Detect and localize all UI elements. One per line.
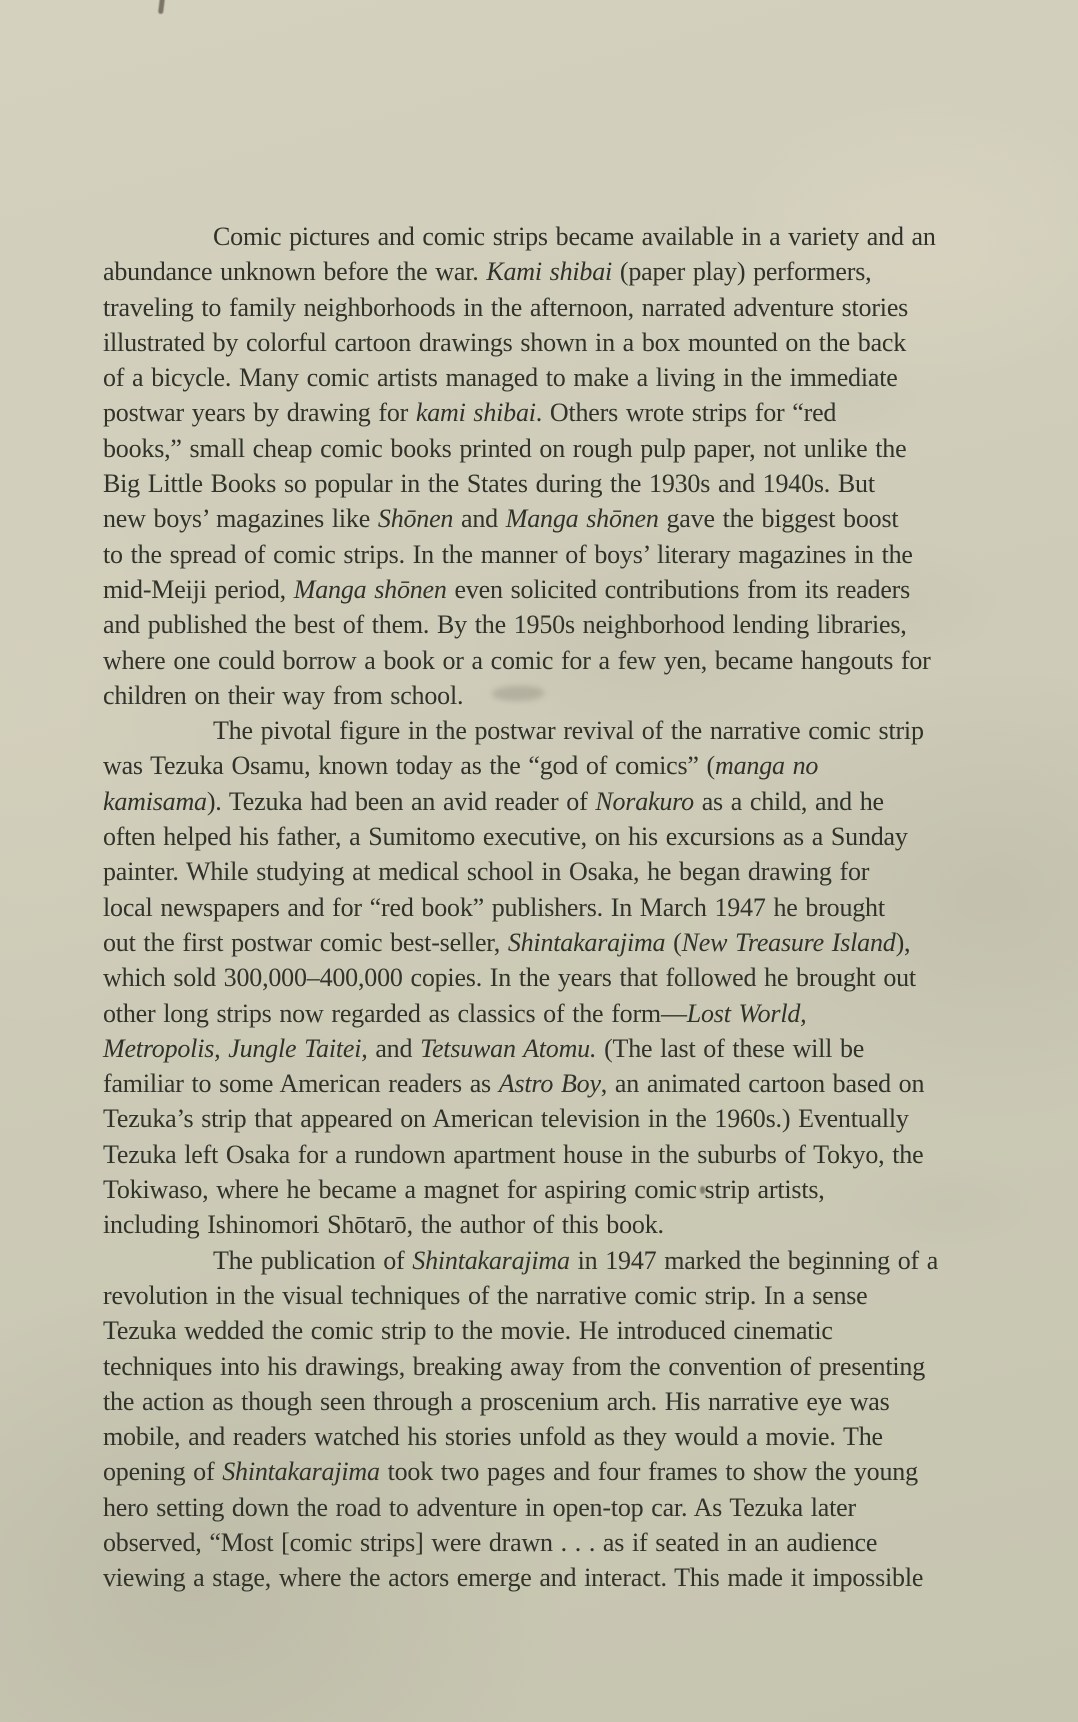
text-segment: took two pages and four frames to show t… bbox=[380, 1457, 918, 1486]
text-segment: Big Little Books so popular in the State… bbox=[103, 469, 875, 498]
text-line: kamisama). Tezuka had been an avid reade… bbox=[103, 784, 1003, 819]
text-segment: painter. While studying at medical schoo… bbox=[103, 857, 869, 886]
text-segment: opening of bbox=[103, 1457, 222, 1486]
text-line: revolution in the visual techniques of t… bbox=[103, 1278, 1003, 1313]
text-line: was Tezuka Osamu, known today as the “go… bbox=[103, 748, 1003, 783]
text-segment: Tezuka wedded the comic strip to the mov… bbox=[103, 1316, 833, 1345]
text-line: painter. While studying at medical schoo… bbox=[103, 854, 1003, 889]
text-segment: (paper play) performers, bbox=[612, 257, 871, 286]
text-segment: local newspapers and for “red book” publ… bbox=[103, 893, 885, 922]
text-segment: , an animated cartoon based on bbox=[601, 1069, 925, 1098]
text-line: new boys’ magazines like Shōnen and Mang… bbox=[103, 501, 1003, 536]
text-segment: out the first postwar comic best-seller, bbox=[103, 928, 508, 957]
text-line: and published the best of them. By the 1… bbox=[103, 607, 1003, 642]
italic-text-segment: Shintakarajima bbox=[508, 928, 666, 957]
text-line: Tezuka’s strip that appeared on American… bbox=[103, 1101, 1003, 1136]
text-segment: viewing a stage, where the actors emerge… bbox=[103, 1563, 923, 1592]
text-segment: hero setting down the road to adventure … bbox=[103, 1493, 856, 1522]
text-segment: (The last of these will be bbox=[596, 1034, 864, 1063]
text-line: mid-Meiji period, Manga shōnen even soli… bbox=[103, 572, 1003, 607]
italic-text-segment: kamisama bbox=[103, 787, 207, 816]
italic-text-segment: Manga shōnen bbox=[506, 504, 659, 533]
text-segment: The pivotal figure in the postwar reviva… bbox=[213, 716, 924, 745]
text-line: The pivotal figure in the postwar reviva… bbox=[103, 713, 1003, 748]
text-line: opening of Shintakarajima took two pages… bbox=[103, 1454, 1003, 1489]
text-segment: the action as though seen through a pros… bbox=[103, 1387, 890, 1416]
text-line: to the spread of comic strips. In the ma… bbox=[103, 537, 1003, 572]
text-segment: The publication of bbox=[213, 1246, 412, 1275]
text-line: Tokiwaso, where he became a magnet for a… bbox=[103, 1172, 1003, 1207]
text-segment: was Tezuka Osamu, known today as the “go… bbox=[103, 751, 715, 780]
text-line: children on their way from school. bbox=[103, 678, 1003, 713]
text-segment: even solicited contributions from its re… bbox=[447, 575, 910, 604]
text-segment: revolution in the visual techniques of t… bbox=[103, 1281, 868, 1310]
scanned-page: Comic pictures and comic strips became a… bbox=[0, 0, 1078, 1722]
text-segment: illustrated by colorful cartoon drawings… bbox=[103, 328, 906, 357]
text-segment: and published the best of them. By the 1… bbox=[103, 610, 907, 639]
italic-text-segment: manga no bbox=[715, 751, 818, 780]
text-segment: ( bbox=[665, 928, 681, 957]
body-text: Comic pictures and comic strips became a… bbox=[103, 219, 1003, 1596]
text-line: traveling to family neighborhoods in the… bbox=[103, 290, 1003, 325]
italic-text-segment: Metropolis, Jungle Taitei, bbox=[103, 1034, 368, 1063]
text-segment: Comic pictures and comic strips became a… bbox=[213, 222, 936, 251]
text-segment: including Ishinomori Shōtarō, the author… bbox=[103, 1210, 664, 1239]
scan-speck-top bbox=[158, 0, 165, 14]
text-line: books,” small cheap comic books printed … bbox=[103, 431, 1003, 466]
text-segment: mobile, and readers watched his stories … bbox=[103, 1422, 883, 1451]
text-segment: Tezuka’s strip that appeared on American… bbox=[103, 1104, 909, 1133]
text-line: mobile, and readers watched his stories … bbox=[103, 1419, 1003, 1454]
italic-text-segment: Shōnen bbox=[378, 504, 453, 533]
text-line: often helped his father, a Sumitomo exec… bbox=[103, 819, 1003, 854]
text-segment: other long strips now regarded as classi… bbox=[103, 999, 687, 1028]
text-segment: children on their way from school. bbox=[103, 681, 463, 710]
text-segment: mid-Meiji period, bbox=[103, 575, 294, 604]
text-line: illustrated by colorful cartoon drawings… bbox=[103, 325, 1003, 360]
text-segment: where one could borrow a book or a comic… bbox=[103, 646, 931, 675]
text-segment: familiar to some American readers as bbox=[103, 1069, 499, 1098]
text-line: Tezuka left Osaka for a rundown apartmen… bbox=[103, 1137, 1003, 1172]
italic-text-segment: Norakuro bbox=[595, 787, 694, 816]
italic-text-segment: Manga shōnen bbox=[294, 575, 447, 604]
italic-text-segment: Tetsuwan Atomu. bbox=[420, 1034, 596, 1063]
text-line: techniques into his drawings, breaking a… bbox=[103, 1349, 1003, 1384]
text-line: including Ishinomori Shōtarō, the author… bbox=[103, 1207, 1003, 1242]
text-segment: abundance unknown before the war. bbox=[103, 257, 486, 286]
text-line: postwar years by drawing for kami shibai… bbox=[103, 395, 1003, 430]
text-line: viewing a stage, where the actors emerge… bbox=[103, 1560, 1003, 1595]
text-segment: to the spread of comic strips. In the ma… bbox=[103, 540, 913, 569]
text-segment: and bbox=[453, 504, 506, 533]
italic-text-segment: New Treasure Island bbox=[682, 928, 896, 957]
text-line: familiar to some American readers as Ast… bbox=[103, 1066, 1003, 1101]
text-line: local newspapers and for “red book” publ… bbox=[103, 890, 1003, 925]
text-segment: new boys’ magazines like bbox=[103, 504, 378, 533]
text-segment: techniques into his drawings, breaking a… bbox=[103, 1352, 925, 1381]
text-line: abundance unknown before the war. Kami s… bbox=[103, 254, 1003, 289]
text-line: observed, “Most [comic strips] were draw… bbox=[103, 1525, 1003, 1560]
text-line: The publication of Shintakarajima in 194… bbox=[103, 1243, 1003, 1278]
text-line: Big Little Books so popular in the State… bbox=[103, 466, 1003, 501]
text-line: which sold 300,000–400,000 copies. In th… bbox=[103, 960, 1003, 995]
text-segment: Tokiwaso, where he became a magnet for a… bbox=[103, 1175, 825, 1204]
text-segment: postwar years by drawing for bbox=[103, 398, 416, 427]
text-line: other long strips now regarded as classi… bbox=[103, 996, 1003, 1031]
italic-text-segment: Astro Boy bbox=[499, 1069, 601, 1098]
text-line: the action as though seen through a pros… bbox=[103, 1384, 1003, 1419]
text-segment: observed, “Most [comic strips] were draw… bbox=[103, 1528, 877, 1557]
text-segment: as a child, and he bbox=[694, 787, 884, 816]
text-segment: which sold 300,000–400,000 copies. In th… bbox=[103, 963, 916, 992]
italic-text-segment: kami shibai bbox=[416, 398, 536, 427]
text-segment: ), bbox=[896, 928, 911, 957]
text-line: Tezuka wedded the comic strip to the mov… bbox=[103, 1313, 1003, 1348]
text-segment: of a bicycle. Many comic artists managed… bbox=[103, 363, 898, 392]
text-segment: books,” small cheap comic books printed … bbox=[103, 434, 906, 463]
text-segment: . Others wrote strips for “red bbox=[536, 398, 836, 427]
text-line: Metropolis, Jungle Taitei, and Tetsuwan … bbox=[103, 1031, 1003, 1066]
italic-text-segment: Shintakarajima bbox=[222, 1457, 380, 1486]
text-line: where one could borrow a book or a comic… bbox=[103, 643, 1003, 678]
italic-text-segment: Kami shibai bbox=[486, 257, 612, 286]
italic-text-segment: Shintakarajima bbox=[412, 1246, 570, 1275]
text-line: out the first postwar comic best-seller,… bbox=[103, 925, 1003, 960]
text-segment: and bbox=[368, 1034, 421, 1063]
text-segment: Tezuka left Osaka for a rundown apartmen… bbox=[103, 1140, 923, 1169]
text-line: Comic pictures and comic strips became a… bbox=[103, 219, 1003, 254]
italic-text-segment: Lost World, bbox=[687, 999, 807, 1028]
text-segment: in 1947 marked the beginning of a bbox=[570, 1246, 938, 1275]
text-segment: ). Tezuka had been an avid reader of bbox=[207, 787, 596, 816]
text-segment: gave the biggest boost bbox=[659, 504, 899, 533]
text-line: hero setting down the road to adventure … bbox=[103, 1490, 1003, 1525]
text-segment: often helped his father, a Sumitomo exec… bbox=[103, 822, 908, 851]
text-line: of a bicycle. Many comic artists managed… bbox=[103, 360, 1003, 395]
text-segment: traveling to family neighborhoods in the… bbox=[103, 293, 908, 322]
